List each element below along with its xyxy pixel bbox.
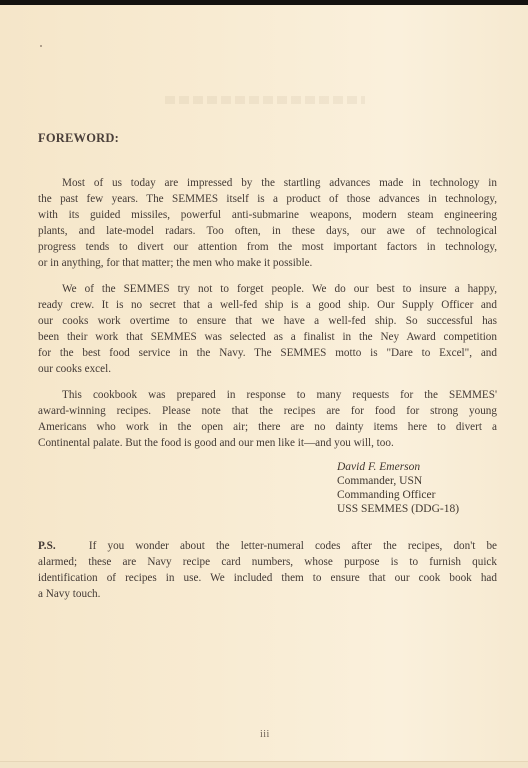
postscript-label: P.S. xyxy=(38,540,56,552)
text-line: our cooks excel. xyxy=(38,362,497,378)
page-number: iii xyxy=(260,729,270,740)
text-line: alarmed; these are Navy recipe card numb… xyxy=(38,555,497,571)
paragraph-3: This cookbook was prepared in response t… xyxy=(38,388,497,452)
paragraph-2: We of the SEMMES try not to forget peopl… xyxy=(38,282,497,377)
text-line: our cooks work overtime to ensure that w… xyxy=(38,314,497,330)
signatory-title: Commanding Officer xyxy=(337,488,459,502)
page-speck xyxy=(40,45,42,47)
bleed-through-text xyxy=(165,96,365,104)
text-line: ready crew. It is no secret that a well-… xyxy=(38,298,497,314)
text-line: progress tends to divert our attention f… xyxy=(38,240,497,256)
text-line: This cookbook was prepared in response t… xyxy=(38,388,497,404)
text-line: award-winning recipes. Please note that … xyxy=(38,404,497,420)
paragraph-1: Most of us today are impressed by the st… xyxy=(38,176,497,271)
text-line: Continental palate. But the food is good… xyxy=(38,436,497,452)
text-line: for the best food service in the Navy. T… xyxy=(38,346,497,362)
text-line: Most of us today are impressed by the st… xyxy=(38,176,497,192)
text-line: been their work that SEMMES was selected… xyxy=(38,330,497,346)
text-line: Americans who work in the open air; ther… xyxy=(38,420,497,436)
signatory-name: David F. Emerson xyxy=(337,460,459,474)
text-line: with its guided missiles, powerful anti-… xyxy=(38,208,497,224)
foreword-heading: FOREWORD: xyxy=(38,131,119,146)
text-line: P.S. If you wonder about the letter-nume… xyxy=(38,539,497,555)
text-line: the past few years. The SEMMES itself is… xyxy=(38,192,497,208)
postscript-text: If you wonder about the letter-numeral c… xyxy=(89,540,497,552)
book-page xyxy=(0,5,528,768)
signatory-ship: USS SEMMES (DDG-18) xyxy=(337,502,459,516)
text-line: plants, and late-model radars. Too often… xyxy=(38,224,497,240)
text-line: or in anything, for that matter; the men… xyxy=(38,256,497,272)
text-line: We of the SEMMES try not to forget peopl… xyxy=(38,282,497,298)
signature-block: David F. Emerson Commander, USN Commandi… xyxy=(337,460,459,516)
text-line: a Navy touch. xyxy=(38,587,497,603)
postscript: P.S. If you wonder about the letter-nume… xyxy=(38,539,497,603)
signatory-rank: Commander, USN xyxy=(337,474,459,488)
text-line: identification of recipes in use. We inc… xyxy=(38,571,497,587)
